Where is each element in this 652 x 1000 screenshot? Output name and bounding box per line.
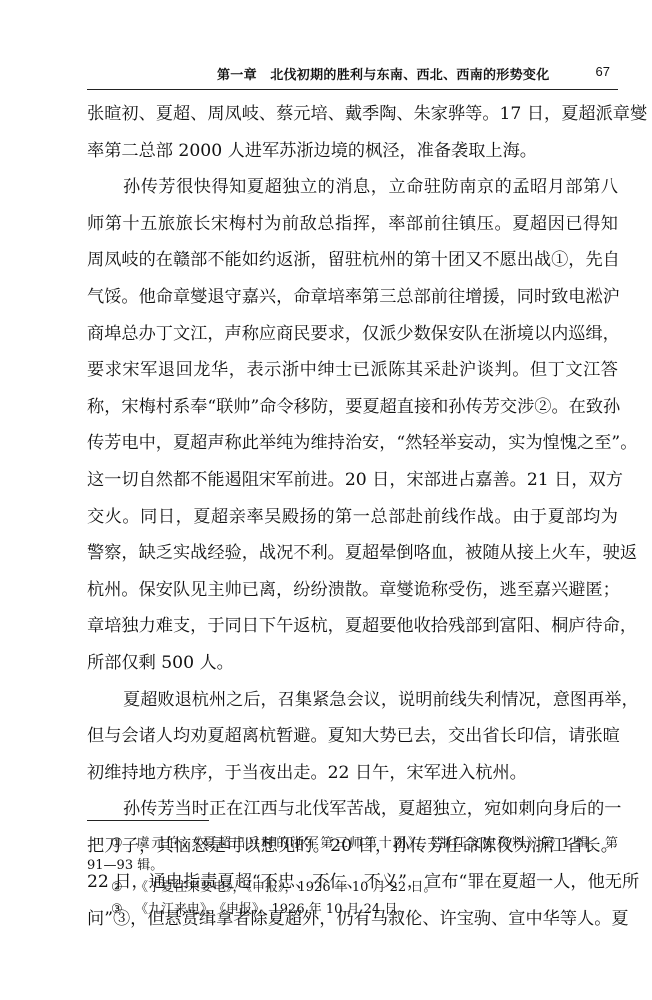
text-line: 师第十五旅旅长宋梅村为前敌总指挥，率部前往镇压。夏超因已得知 xyxy=(87,206,618,243)
text-line: 周凤岐的在赣部不能如约返浙，留驻杭州的第十团又不愿出战①，先自 xyxy=(87,242,618,279)
text-line: 这一切自然都不能遏阻宋军前进。20 日，宋部进占嘉善。21 日，双方 xyxy=(87,462,618,499)
footnote-text: 《九江来电》，《申报》，1926 年 10 月 24 日。 xyxy=(135,902,410,917)
text-line: 所部仅剩 500 人。 xyxy=(87,645,618,682)
footnote-rule xyxy=(87,820,209,821)
chapter-title: 第一章 北伐初期的胜利与东南、西北、西南的形势变化 xyxy=(217,64,550,83)
footnote-2: ②《丁夏往来要电》，《申报》，1926 年 10 月 22 日。 xyxy=(87,877,618,899)
footnote-1-continuation: 91—93 辑。 xyxy=(87,855,618,877)
footnote-marker: ② xyxy=(111,877,135,899)
text-line: 但与会诸人均劝夏超离杭暂避。夏知大势已去，交出省长印信，请张暄 xyxy=(87,718,618,755)
header-rule xyxy=(87,89,618,90)
text-line: 称，宋梅村系奉“联帅”命令移防，要夏超直接和孙传芳交涉②。在致孙 xyxy=(87,389,618,426)
body-text: 张暄初、夏超、周凤岐、蔡元培、戴季陶、朱家骅等。17 日，夏超派章燮 率第二总部… xyxy=(87,96,618,938)
running-header: 第一章 北伐初期的胜利与东南、西北、西南的形势变化 67 xyxy=(87,64,618,86)
footnote-marker: ③ xyxy=(111,899,135,921)
footnote-3: ③《九江来电》，《申报》，1926 年 10 月 24 日。 xyxy=(87,899,618,921)
footnote-text: 《丁夏往来要电》，《申报》，1926 年 10 月 22 日。 xyxy=(135,880,436,895)
footnotes: ①虞元伯：《夏超出兵时的浙军第三师第十团》，《浙江文史资料》第 1 辑，第 91… xyxy=(87,833,618,921)
text-line: 气馁。他命章燮退守嘉兴，命章培率第三总部前往增援，同时致电淞沪 xyxy=(87,279,618,316)
paragraph-start-line: 孙传芳当时正在江西与北伐军苦战，夏超独立，宛如刺向身后的一 xyxy=(87,791,618,828)
text-line: 初维持地方秩序，于当夜出走。22 日午，宋军进入杭州。 xyxy=(87,755,618,792)
text-line: 交火。同日，夏超亲率吴殿扬的第一总部赴前线作战。由于夏部均为 xyxy=(87,499,618,536)
text-line: 杭州。保安队见主帅已离，纷纷溃散。章燮诡称受伤，逃至嘉兴避匿； xyxy=(87,572,618,609)
paragraph-start-line: 夏超败退杭州之后，召集紧急会议，说明前线失利情况，意图再举， xyxy=(87,682,618,719)
text-line: 张暄初、夏超、周凤岐、蔡元培、戴季陶、朱家骅等。17 日，夏超派章燮 xyxy=(87,96,618,133)
text-line: 警察，缺乏实战经验，战况不利。夏超晕倒咯血，被随从接上火车，驶返 xyxy=(87,535,618,572)
paragraph-start-line: 孙传芳很快得知夏超独立的消息，立命驻防南京的孟昭月部第八 xyxy=(87,169,618,206)
text-line: 商埠总办丁文江，声称应商民要求，仅派少数保安队在浙境以内巡缉， xyxy=(87,316,618,353)
text-line: 率第二总部 2000 人进军苏浙边境的枫泾，准备袭取上海。 xyxy=(87,133,618,170)
footnote-text: 虞元伯：《夏超出兵时的浙军第三师第十团》，《浙江文史资料》第 1 辑，第 xyxy=(135,836,618,851)
footnote-marker: ① xyxy=(111,833,135,855)
page-number: 67 xyxy=(596,64,610,79)
text-line: 传芳电中，夏超声称此举纯为维持治安，“然轻举妄动，实为惶愧之至”。 xyxy=(87,425,618,462)
footnote-1: ①虞元伯：《夏超出兵时的浙军第三师第十团》，《浙江文史资料》第 1 辑，第 xyxy=(87,833,618,855)
text-line: 章培独力难支，于同日下午返杭，夏超要他收拾残部到富阳、桐庐待命， xyxy=(87,608,618,645)
text-line: 要求宋军退回龙华，表示浙中绅士已派陈其采赴沪谈判。但丁文江答 xyxy=(87,352,618,389)
